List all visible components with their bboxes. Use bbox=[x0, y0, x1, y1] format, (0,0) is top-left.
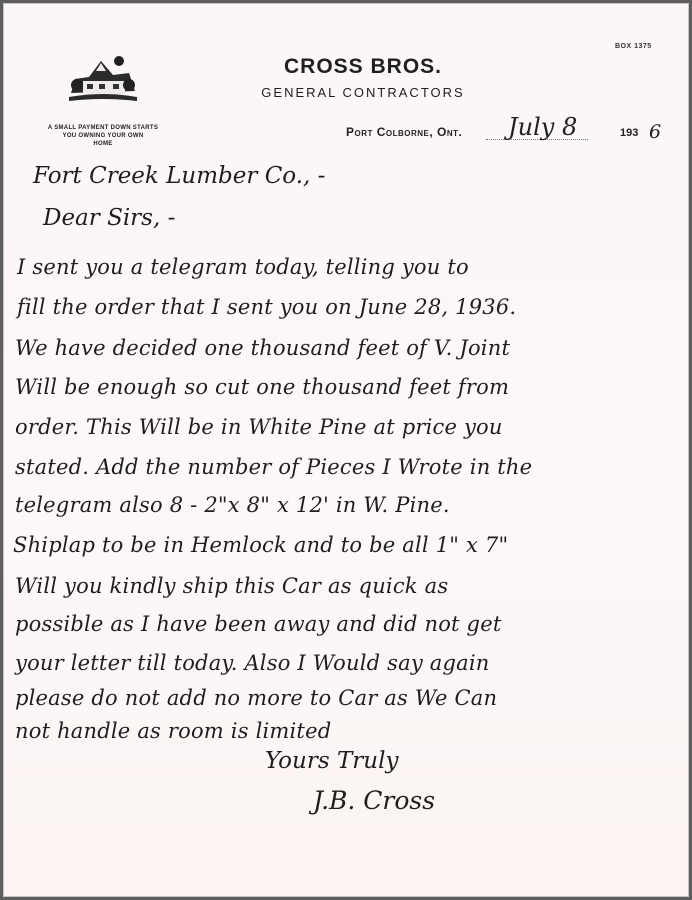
body-line: possible as I have been away and did not… bbox=[15, 612, 501, 636]
body-line: I sent you a telegram today, telling you… bbox=[17, 255, 469, 279]
printed-year: 193 bbox=[620, 127, 638, 139]
company-name: CROSS BROS. bbox=[193, 55, 533, 79]
signature: J.B. Cross bbox=[313, 786, 435, 815]
body-line: not handle as room is limited bbox=[15, 719, 331, 743]
body-line: telegram also 8 - 2"x 8" x 12' in W. Pin… bbox=[15, 493, 450, 517]
house-logo-icon bbox=[63, 51, 143, 106]
body-line: your letter till today. Also I Would say… bbox=[15, 651, 490, 675]
slogan: A SMALL PAYMENT DOWN STARTS YOU OWNING Y… bbox=[33, 124, 173, 148]
body-line: stated. Add the number of Pieces I Wrote… bbox=[15, 455, 532, 479]
body-line: We have decided one thousand feet of V. … bbox=[15, 336, 510, 360]
body-line: Will you kindly ship this Car as quick a… bbox=[15, 574, 448, 598]
body-line: order. This Will be in White Pine at pri… bbox=[15, 415, 503, 439]
closing: Yours Truly bbox=[265, 748, 398, 774]
handwritten-year-digit: 6 bbox=[649, 121, 661, 143]
body-line: Shiplap to be in Hemlock and to be all 1… bbox=[13, 533, 508, 557]
po-box: BOX 1375 bbox=[615, 43, 652, 50]
body-line: Will be enough so cut one thousand feet … bbox=[15, 375, 509, 399]
company-subtitle: GENERAL CONTRACTORS bbox=[193, 85, 533, 100]
place-line: Port Colborne, Ont. bbox=[346, 125, 462, 139]
body-line: fill the order that I sent you on June 2… bbox=[17, 295, 516, 319]
handwritten-date: July 8 bbox=[508, 113, 577, 141]
letter-sheet: A SMALL PAYMENT DOWN STARTS YOU OWNING Y… bbox=[3, 3, 689, 897]
salutation: Dear Sirs, - bbox=[43, 205, 175, 231]
body-line: please do not add no more to Car as We C… bbox=[15, 686, 497, 710]
addressee: Fort Creek Lumber Co., - bbox=[33, 163, 325, 189]
